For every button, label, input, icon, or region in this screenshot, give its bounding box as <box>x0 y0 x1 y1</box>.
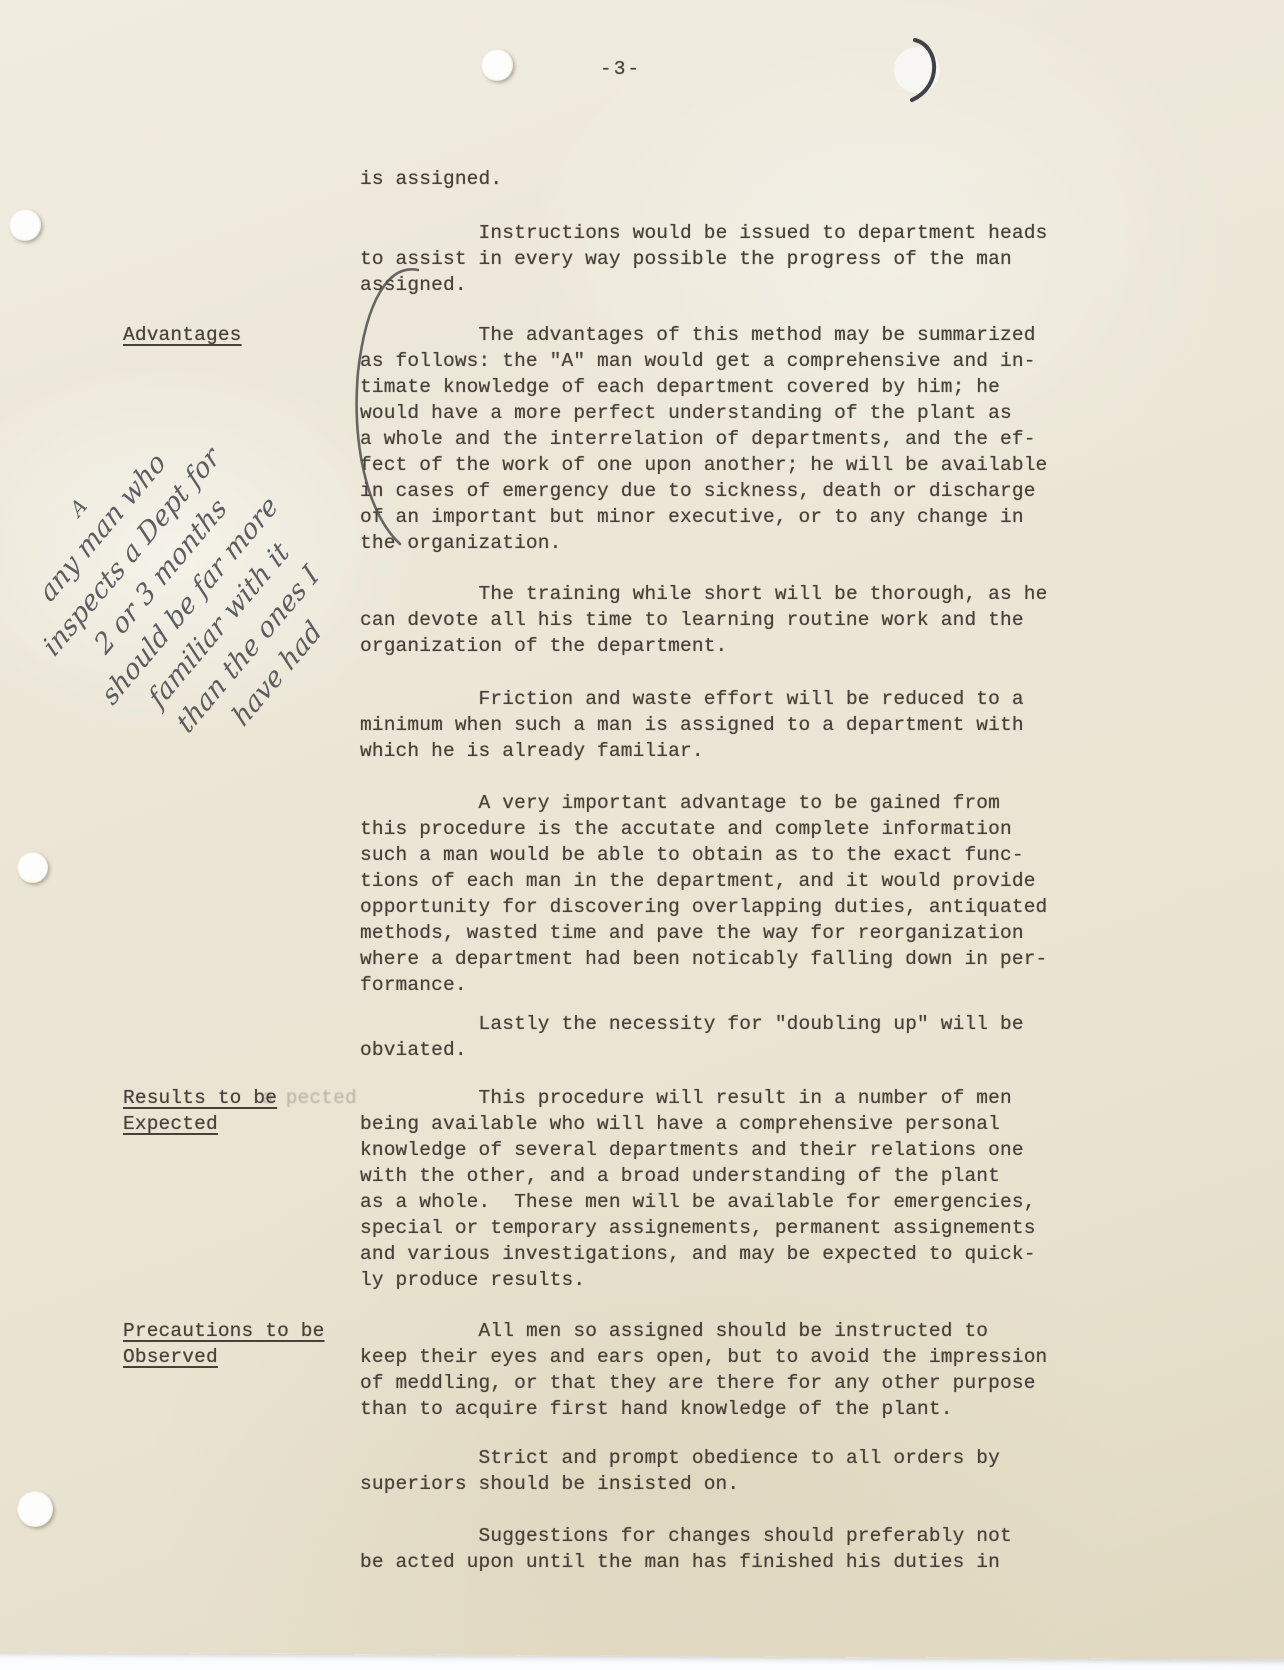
punch-hole-left-middle <box>17 852 48 883</box>
heading-precautions-to-be-observed: Precautions to be Observed <box>123 1318 363 1370</box>
punch-hole-shadow-crescent <box>885 30 957 114</box>
paragraph-friction: Friction and waste effort will be reduce… <box>360 686 1084 764</box>
paragraph-is-assigned: is assigned. <box>360 166 1084 192</box>
heading-advantages: Advantages <box>123 322 363 348</box>
page-number: -3- <box>600 56 720 82</box>
paragraph-strict-obedience: Strict and prompt obedience to all order… <box>360 1445 1084 1497</box>
punch-hole-left-lower <box>17 1491 53 1527</box>
paragraph-results: This procedure will result in a number o… <box>360 1085 1084 1293</box>
paragraph-training: The training while short will be thoroug… <box>360 581 1084 659</box>
paragraph-doubling-up: Lastly the necessity for "doubling up" w… <box>360 1011 1084 1063</box>
paragraph-all-men-assigned: All men so assigned should be instructed… <box>360 1318 1084 1422</box>
paragraph-advantages-summary: The advantages of this method may be sum… <box>360 322 1084 556</box>
punch-hole-top <box>481 49 513 81</box>
paragraph-instructions: Instructions would be issued to departme… <box>360 220 1084 298</box>
paragraph-important-advantage: A very important advantage to be gained … <box>360 790 1084 998</box>
paragraph-suggestions: Suggestions for changes should preferabl… <box>360 1523 1084 1575</box>
punch-hole-left-upper <box>9 209 41 241</box>
